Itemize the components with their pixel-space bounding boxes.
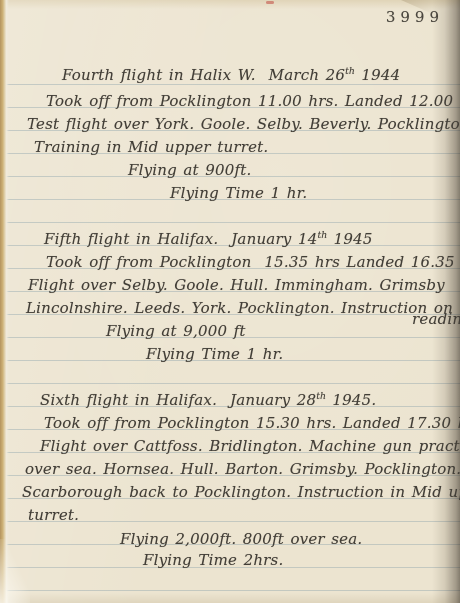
entry-line: Flying Time 1 hr.	[170, 184, 307, 202]
entry-line: Flight over Selby. Goole. Hull. Immingha…	[28, 276, 445, 294]
entry-line: reading	[412, 310, 460, 328]
entry-line: Flying 2,000ft. 800ft over sea.	[120, 530, 362, 548]
entry-heading: Sixth flight in Halifax. January 28th 19…	[40, 391, 376, 409]
logbook-page: 3999 Fourth flight in Halix W. March 26t…	[0, 0, 460, 603]
entry-heading: Fifth flight in Halifax. January 14th 19…	[44, 230, 373, 248]
entry-line: Lincolnshire. Leeds. York. Pocklington. …	[26, 299, 460, 317]
entry-line: Took off from Pocklington 15.30 hrs. Lan…	[44, 414, 460, 432]
entry-heading: Fourth flight in Halix W. March 26th 194…	[62, 66, 400, 84]
entry-line: Took off from Pocklington 15.35 hrs Land…	[46, 253, 460, 271]
entry-line: Scarborough back to Pocklington. Instruc…	[22, 483, 460, 501]
log-entries: 3999 Fourth flight in Halix W. March 26t…	[0, 0, 460, 603]
entry-line: Flying Time 2hrs.	[143, 551, 283, 569]
entry-line: Flying Time 1 hr.	[146, 345, 283, 363]
entry-line: turret.	[28, 506, 79, 524]
page-number: 3999	[386, 8, 444, 26]
entry-line: Training in Mid upper turret.	[34, 138, 268, 156]
entry-line: over sea. Hornsea. Hull. Barton. Grimsby…	[25, 460, 460, 478]
entry-line: Flight over Cattfoss. Bridlington. Machi…	[40, 437, 460, 455]
entry-line: Flying at 900ft.	[128, 161, 251, 179]
entry-line: Took off from Pocklington 11.00 hrs. Lan…	[46, 92, 460, 110]
entry-line: Test flight over York. Goole. Selby. Bev…	[27, 115, 460, 133]
entry-line: Flying at 9,000 ft	[106, 322, 246, 340]
